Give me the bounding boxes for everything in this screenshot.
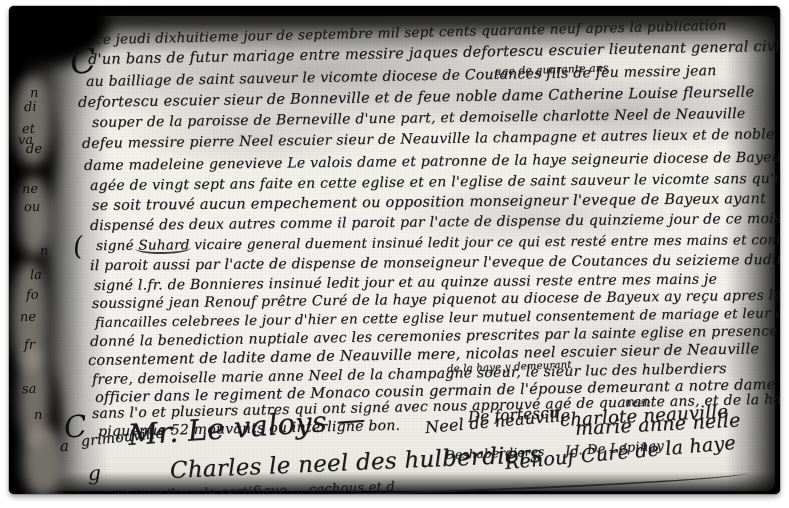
margin-fragment: de: [26, 142, 43, 158]
margin-fragment: g: [88, 461, 102, 485]
register-scan-photo: n di et va de ne ou n la fo ne fr sa n a…: [9, 6, 780, 494]
margin-fragment: ne: [22, 182, 39, 198]
margin-fragment: n: [40, 244, 49, 259]
margin-fragment: ou: [24, 200, 41, 216]
screenshot-root: { "colors": { "paper": "#f2f1ec", "ink":…: [0, 0, 789, 508]
margin-fragment: di: [24, 100, 37, 115]
margin-fragment: fr: [24, 338, 36, 353]
margin-fragment: sa: [22, 382, 37, 397]
margin-fragment: n: [34, 408, 43, 423]
gutter-light-patch: [23, 426, 63, 494]
margin-fragment: fo: [26, 288, 39, 303]
margin-fragment: ne: [20, 310, 37, 326]
margin-fragment: la: [30, 268, 42, 283]
